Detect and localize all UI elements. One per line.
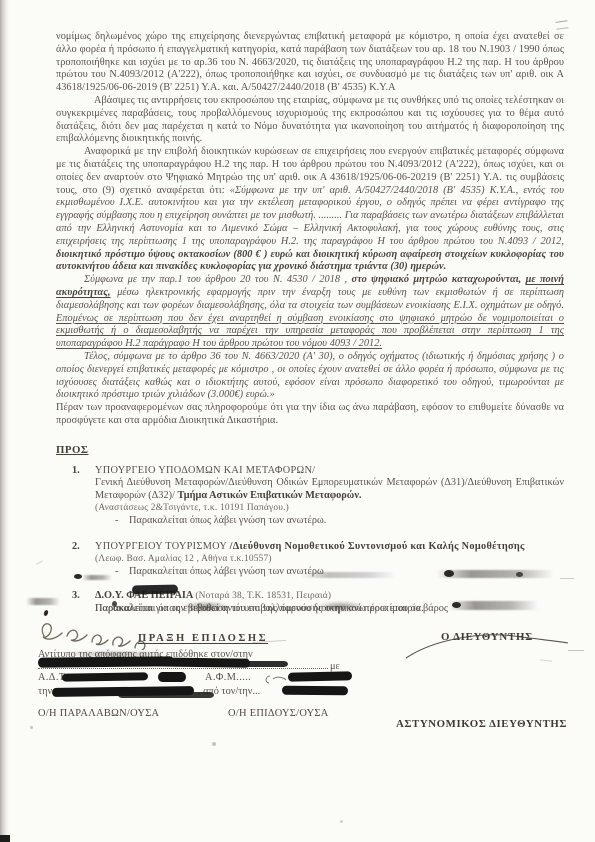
redaction-bar <box>158 672 186 682</box>
receiver-signature-label: Ο/Η ΠΑΡΑΛΑΒΩΝ/ΟΥΣΑ <box>38 708 159 719</box>
scan-artifact-bottom-left <box>0 835 10 842</box>
ink-smudge <box>60 650 170 658</box>
scan-edge-shadow <box>0 0 9 842</box>
recipient-1-title: ΥΠΟΥΡΓΕΙΟ ΥΠΟΔΟΜΩΝ ΚΑΙ ΜΕΤΑΦΟΡΩΝ/ <box>95 465 564 478</box>
pen-mark-left-margin <box>36 560 43 564</box>
recipient-1-address: (Αναστάσεως 2&Τσιγάντε, τ.κ. 10191 Παπάγ… <box>95 502 564 515</box>
paper-speck <box>30 726 33 729</box>
ink-smudge <box>516 572 523 577</box>
recipients-heading: ΠΡΟΣ <box>56 444 564 457</box>
ink-smudge-left-margin <box>43 609 49 616</box>
paragraph-registry-bold: στο ψηφιακό μητρώο καταχωρούνται, <box>352 274 526 285</box>
service-act-title: ΠΡΑΞΗ ΕΠΙΔΟΣΗΣ <box>138 633 268 644</box>
handwritten-afm-squiggle <box>262 672 288 684</box>
bullet-dash: - <box>115 566 129 579</box>
ink-smudge <box>444 570 454 577</box>
ink-smudge-left-margin <box>26 598 60 605</box>
recipient-2-title: ΥΠΟΥΡΓΕΙΟΥ ΤΟΥΡΙΣΜΟΥ /Διεύθυνση Νομοθετι… <box>95 541 564 554</box>
paragraph-registry: Σύμφωνα με την παρ.1 του άρθρου 20 του Ν… <box>56 274 564 351</box>
ink-smudge <box>560 578 574 579</box>
ink-smudge <box>74 574 82 579</box>
recipient-2-title-bold: /Διεύθυνση Νομοθετικού Συντονισμού και Κ… <box>230 541 525 552</box>
recipient-3-number: 3. <box>72 590 80 603</box>
service-act-line2-suffix: με <box>330 661 340 672</box>
redaction-blot <box>132 585 178 595</box>
paper-speck <box>212 742 216 746</box>
recipient-1-dept-bold: Τμήμα Αστικών Επιβατικών Μεταφορών. <box>177 490 361 501</box>
recipient-item-1: 1. ΥΠΟΥΡΓΕΙΟ ΥΠΟΔΟΜΩΝ ΚΑΙ ΜΕΤΑΦΟΡΩΝ/ Γεν… <box>72 465 564 528</box>
director-title: Ο ΔΙΕΥΘΥΝΤΗΣ <box>441 631 533 643</box>
paragraph-final-fine-text: Τέλος, σύμφωνα με το άρθρο 36 του Ν. 466… <box>56 351 564 400</box>
recipient-2-address: (Λεωφ. Βασ. Αμαλίας 12 , Αθήνα τ.κ.10557… <box>95 553 564 566</box>
redaction-bar <box>288 671 352 681</box>
scan-artifact-top-right <box>556 20 569 30</box>
police-director-title: ΑΣΤΥΝΟΜΙΚΟΣ ΔΙΕΥΘΥΝΤΗΣ <box>396 718 567 730</box>
paragraph-appeal-text: Πέραν των προαναφερομένων σας πληροφορού… <box>56 402 564 426</box>
recipient-1-note: -Παρακαλείται όπως λάβει γνώση των ανωτέ… <box>115 515 564 528</box>
recipient-2-title-text: ΥΠΟΥΡΓΕΙΟΥ ΤΟΥΡΙΣΜΟΥ <box>95 541 230 552</box>
redaction-bar <box>118 692 214 698</box>
paragraph-registry-mid: μέσω ηλεκτρονικής εφαρμογής πριν την ένα… <box>56 287 564 311</box>
recipient-1-number: 1. <box>72 465 80 478</box>
pen-mark-right-edge <box>568 650 584 651</box>
paragraph-b-text: Αβάσιμες τις αντιρρήσεις του εκπροσώπου … <box>56 95 564 144</box>
delivery-note: Παρακαλείται όπως επιδοθεί αντίτυπο της … <box>95 603 424 614</box>
ink-smudge <box>182 601 230 612</box>
paragraph-appeal: Πέραν των προαναφερομένων σας πληροφορού… <box>56 402 564 428</box>
server-signature-label: Ο/Η ΕΠΙΔΟΥΣ/ΟΥΣΑ <box>228 708 329 719</box>
paragraph-b: Β. Αβάσιμες τις αντιρρήσεις του εκπροσώπ… <box>56 95 564 146</box>
bullet-dash: - <box>115 515 129 528</box>
document-body: νομίμως δηλωμένος χώρο της επιχείρησης δ… <box>56 31 564 428</box>
paragraph-final-fine: Τέλος, σύμφωνα με το άρθρο 36 του Ν. 466… <box>56 351 564 402</box>
ink-smudge <box>448 601 538 610</box>
redaction-bar <box>236 661 288 667</box>
redaction-bar <box>62 672 148 681</box>
recipient-1-note-text: Παρακαλείται όπως λάβει γνώση των ανωτέρ… <box>129 515 326 526</box>
ink-smudge <box>82 575 112 580</box>
paragraph-continuation-text: νομίμως δηλωμένος χώρο της επιχείρησης δ… <box>56 31 564 93</box>
recipient-2-number: 2. <box>72 541 80 554</box>
paragraph-registry-underline2: Επομένως σε περίπτωση που δεν έχει αναρτ… <box>56 313 564 350</box>
redaction-bar <box>282 686 348 696</box>
recipient-1-department: Γενική Διεύθυνση Μεταφορών/Διεύθυνση Οδι… <box>95 477 564 502</box>
scanned-document-page: νομίμως δηλωμένος χώρο της επιχείρησης δ… <box>0 0 595 842</box>
paragraph-law-quote-bold: διοικητικό πρόστιμο ύψους οκτακοσίων (80… <box>56 249 564 273</box>
ink-smudge <box>452 602 461 608</box>
recipient-2-note-text: Παρακαλείται όπως λάβει γνώση των ανωτέρ… <box>129 566 324 577</box>
ink-smudge <box>300 572 396 578</box>
service-act-afm-label: Α.Φ.Μ..... <box>205 672 251 683</box>
ink-smudge <box>112 601 117 607</box>
redaction-bar <box>146 657 250 667</box>
paragraph-registry-lead: Σύμφωνα με την παρ.1 του άρθρου 20 του Ν… <box>84 274 352 285</box>
paper-speck <box>340 820 343 823</box>
recipient-3-address: (Νοταρά 38, Τ.Κ. 18531, Πειραιά) <box>195 591 331 601</box>
paragraph-law: Αναφορικά με την επιβολή διοικητικών κυρ… <box>56 146 564 274</box>
paragraph-continuation: νομίμως δηλωμένος χώρο της επιχείρησης δ… <box>56 31 564 95</box>
ink-smudge <box>316 601 366 612</box>
